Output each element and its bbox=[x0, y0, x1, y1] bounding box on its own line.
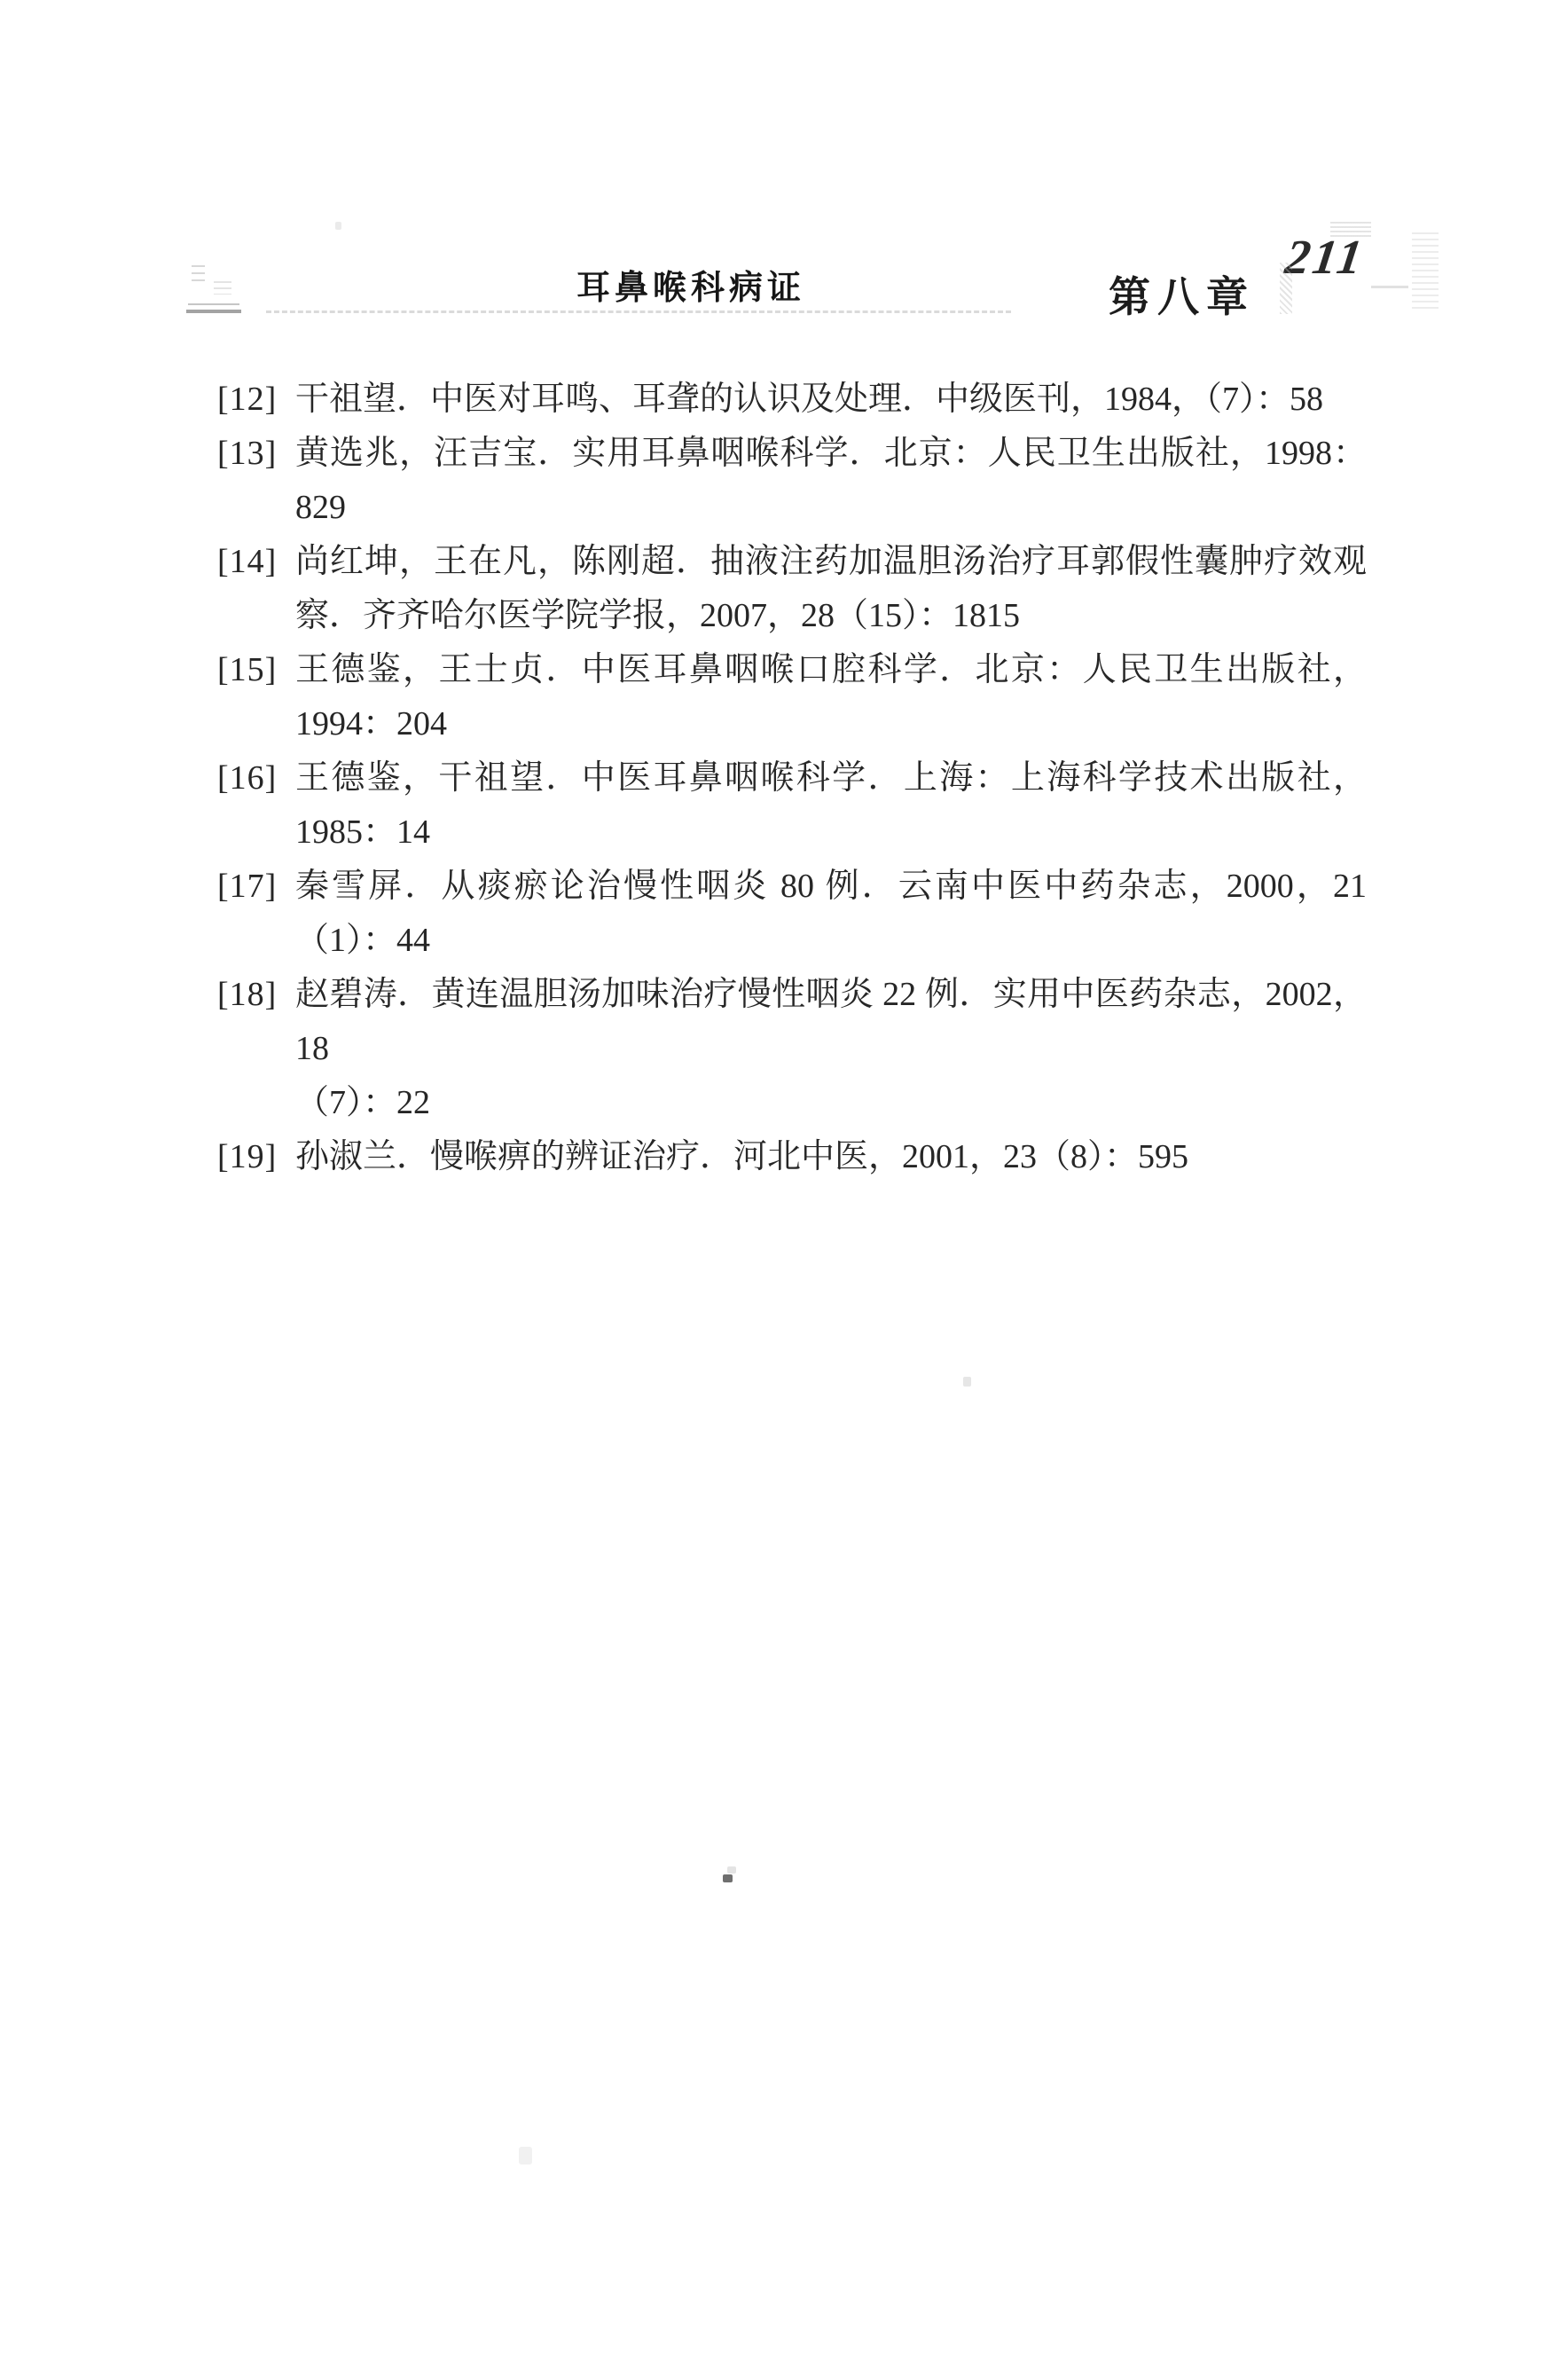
reference-item: [17] 秦雪屏．从痰瘀论治慢性咽炎 80 例．云南中医中药杂志，2000，21… bbox=[217, 860, 1367, 968]
reference-label: [16] bbox=[217, 751, 295, 805]
reference-line: 秦雪屏．从痰瘀论治慢性咽炎 80 例．云南中医中药杂志，2000，21 bbox=[295, 860, 1367, 914]
scanned-book-page: 耳鼻喉科病证 第八章 211 [12] 干祖望．中医对耳鸣、耳聋的认识及处理．中… bbox=[0, 0, 1568, 2357]
reference-item: [16] 王德鉴，干祖望．中医耳鼻咽喉科学．上海：上海科学技术出版社， 1985… bbox=[217, 751, 1367, 860]
scan-artifact bbox=[335, 222, 341, 230]
reference-text: 黄选兆，汪吉宝．实用耳鼻咽喉科学．北京：人民卫生出版社，1998：829 bbox=[295, 427, 1367, 535]
reference-line: 赵碧涛．黄连温胆汤加味治疗慢性咽炎 22 例．实用中医药杂志，2002，18 bbox=[295, 968, 1367, 1076]
scan-artifact bbox=[192, 265, 205, 287]
reference-line: 王德鉴，王士贞．中医耳鼻咽喉口腔科学．北京：人民卫生出版社， bbox=[295, 643, 1367, 697]
reference-line: 王德鉴，干祖望．中医耳鼻咽喉科学．上海：上海科学技术出版社， bbox=[295, 751, 1367, 805]
reference-line: 察．齐齐哈尔医学院学报，2007，28（15）：1815 bbox=[295, 589, 1367, 643]
reference-label: [15] bbox=[217, 643, 295, 697]
reference-text: 孙淑兰．慢喉痹的辨证治疗．河北中医，2001，23（8）：595 bbox=[295, 1130, 1367, 1184]
reference-item: [15] 王德鉴，王士贞．中医耳鼻咽喉口腔科学．北京：人民卫生出版社， 1994… bbox=[217, 643, 1367, 751]
scan-artifact bbox=[1371, 286, 1408, 288]
reference-label: [17] bbox=[217, 860, 295, 914]
reference-item: [18] 赵碧涛．黄连温胆汤加味治疗慢性咽炎 22 例．实用中医药杂志，2002… bbox=[217, 968, 1367, 1130]
scan-artifact bbox=[1280, 263, 1292, 314]
reference-line: 1985：14 bbox=[295, 805, 1367, 860]
reference-line: 孙淑兰．慢喉痹的辨证治疗．河北中医，2001，23（8）：595 bbox=[295, 1130, 1367, 1184]
reference-text: 干祖望．中医对耳鸣、耳聋的认识及处理．中级医刊，1984，（7）：58 bbox=[295, 373, 1367, 427]
scan-artifact bbox=[727, 1866, 736, 1874]
reference-item: [13] 黄选兆，汪吉宝．实用耳鼻咽喉科学．北京：人民卫生出版社，1998：82… bbox=[217, 427, 1367, 535]
header-rule-dark bbox=[186, 310, 241, 313]
reference-item: [19] 孙淑兰．慢喉痹的辨证治疗．河北中医，2001，23（8）：595 bbox=[217, 1130, 1367, 1184]
reference-item: [14] 尚红坤，王在凡，陈刚超．抽液注药加温胆汤治疗耳郭假性囊肿疗效观 察．齐… bbox=[217, 535, 1367, 643]
reference-item: [12] 干祖望．中医对耳鸣、耳聋的认识及处理．中级医刊，1984，（7）：58 bbox=[217, 373, 1367, 427]
reference-line: （1）：44 bbox=[295, 914, 1367, 968]
reference-line: （7）：22 bbox=[295, 1076, 1367, 1130]
scan-artifact bbox=[214, 281, 231, 295]
reference-text: 尚红坤，王在凡，陈刚超．抽液注药加温胆汤治疗耳郭假性囊肿疗效观 察．齐齐哈尔医学… bbox=[295, 535, 1367, 643]
reference-text: 王德鉴，干祖望．中医耳鼻咽喉科学．上海：上海科学技术出版社， 1985：14 bbox=[295, 751, 1367, 860]
reference-label: [19] bbox=[217, 1130, 295, 1184]
reference-line: 尚红坤，王在凡，陈刚超．抽液注药加温胆汤治疗耳郭假性囊肿疗效观 bbox=[295, 535, 1367, 589]
reference-label: [12] bbox=[217, 373, 295, 427]
reference-line: 干祖望．中医对耳鸣、耳聋的认识及处理．中级医刊，1984，（7）：58 bbox=[295, 373, 1367, 427]
reference-text: 秦雪屏．从痰瘀论治慢性咽炎 80 例．云南中医中药杂志，2000，21 （1）：… bbox=[295, 860, 1367, 968]
header-rule-dark bbox=[188, 303, 239, 305]
reference-label: [14] bbox=[217, 535, 295, 589]
reference-line: 黄选兆，汪吉宝．实用耳鼻咽喉科学．北京：人民卫生出版社，1998：829 bbox=[295, 427, 1367, 535]
scan-artifact bbox=[723, 1874, 733, 1882]
header-rule-dashed bbox=[266, 310, 1011, 313]
reference-line: 1994：204 bbox=[295, 697, 1367, 751]
scan-artifact bbox=[519, 2147, 532, 2165]
reference-text: 赵碧涛．黄连温胆汤加味治疗慢性咽炎 22 例．实用中医药杂志，2002，18 （… bbox=[295, 968, 1367, 1130]
scan-artifact bbox=[1330, 222, 1371, 240]
reference-label: [13] bbox=[217, 427, 295, 481]
reference-text: 王德鉴，王士贞．中医耳鼻咽喉口腔科学．北京：人民卫生出版社， 1994：204 bbox=[295, 643, 1367, 751]
reference-label: [18] bbox=[217, 968, 295, 1022]
running-title: 耳鼻喉科病证 bbox=[576, 260, 805, 309]
chapter-label: 第八章 bbox=[1109, 264, 1255, 324]
scan-artifact bbox=[963, 1377, 971, 1387]
scan-artifact bbox=[1412, 232, 1439, 310]
references-list: [12] 干祖望．中医对耳鸣、耳聋的认识及处理．中级医刊，1984，（7）：58… bbox=[217, 373, 1367, 1184]
